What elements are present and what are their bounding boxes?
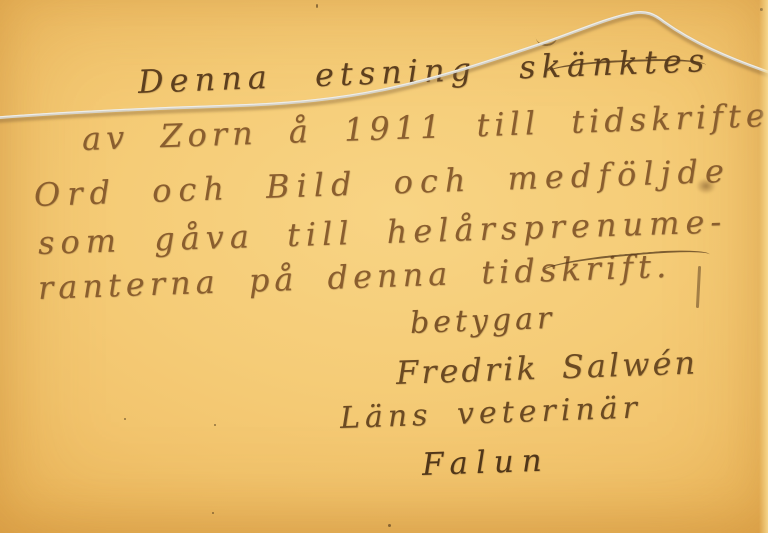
paper-speck (124, 418, 126, 420)
pen-stray-mark (535, 31, 559, 48)
ink-smudge (696, 178, 716, 194)
pen-flourish-downstroke (696, 266, 701, 308)
handwriting-line-betygar: betygar (409, 301, 556, 341)
paper-speck (212, 512, 214, 514)
paper-speck (214, 424, 216, 426)
paper-speck (760, 8, 763, 11)
signer-location: Falun (421, 443, 550, 483)
photograph-of-handwritten-note: Denna etsning skänktes av Zorn å 1911 ti… (0, 0, 768, 533)
handwriting-line-1: Denna etsning skänktes (137, 41, 711, 101)
paper-speck (316, 4, 318, 8)
paper-speck (388, 524, 391, 527)
signature: Fredrik Salwén (395, 343, 698, 392)
handwriting-line-2: av Zorn å 1911 till tidskriften (81, 95, 768, 158)
signer-title: Läns veterinär (339, 390, 642, 436)
